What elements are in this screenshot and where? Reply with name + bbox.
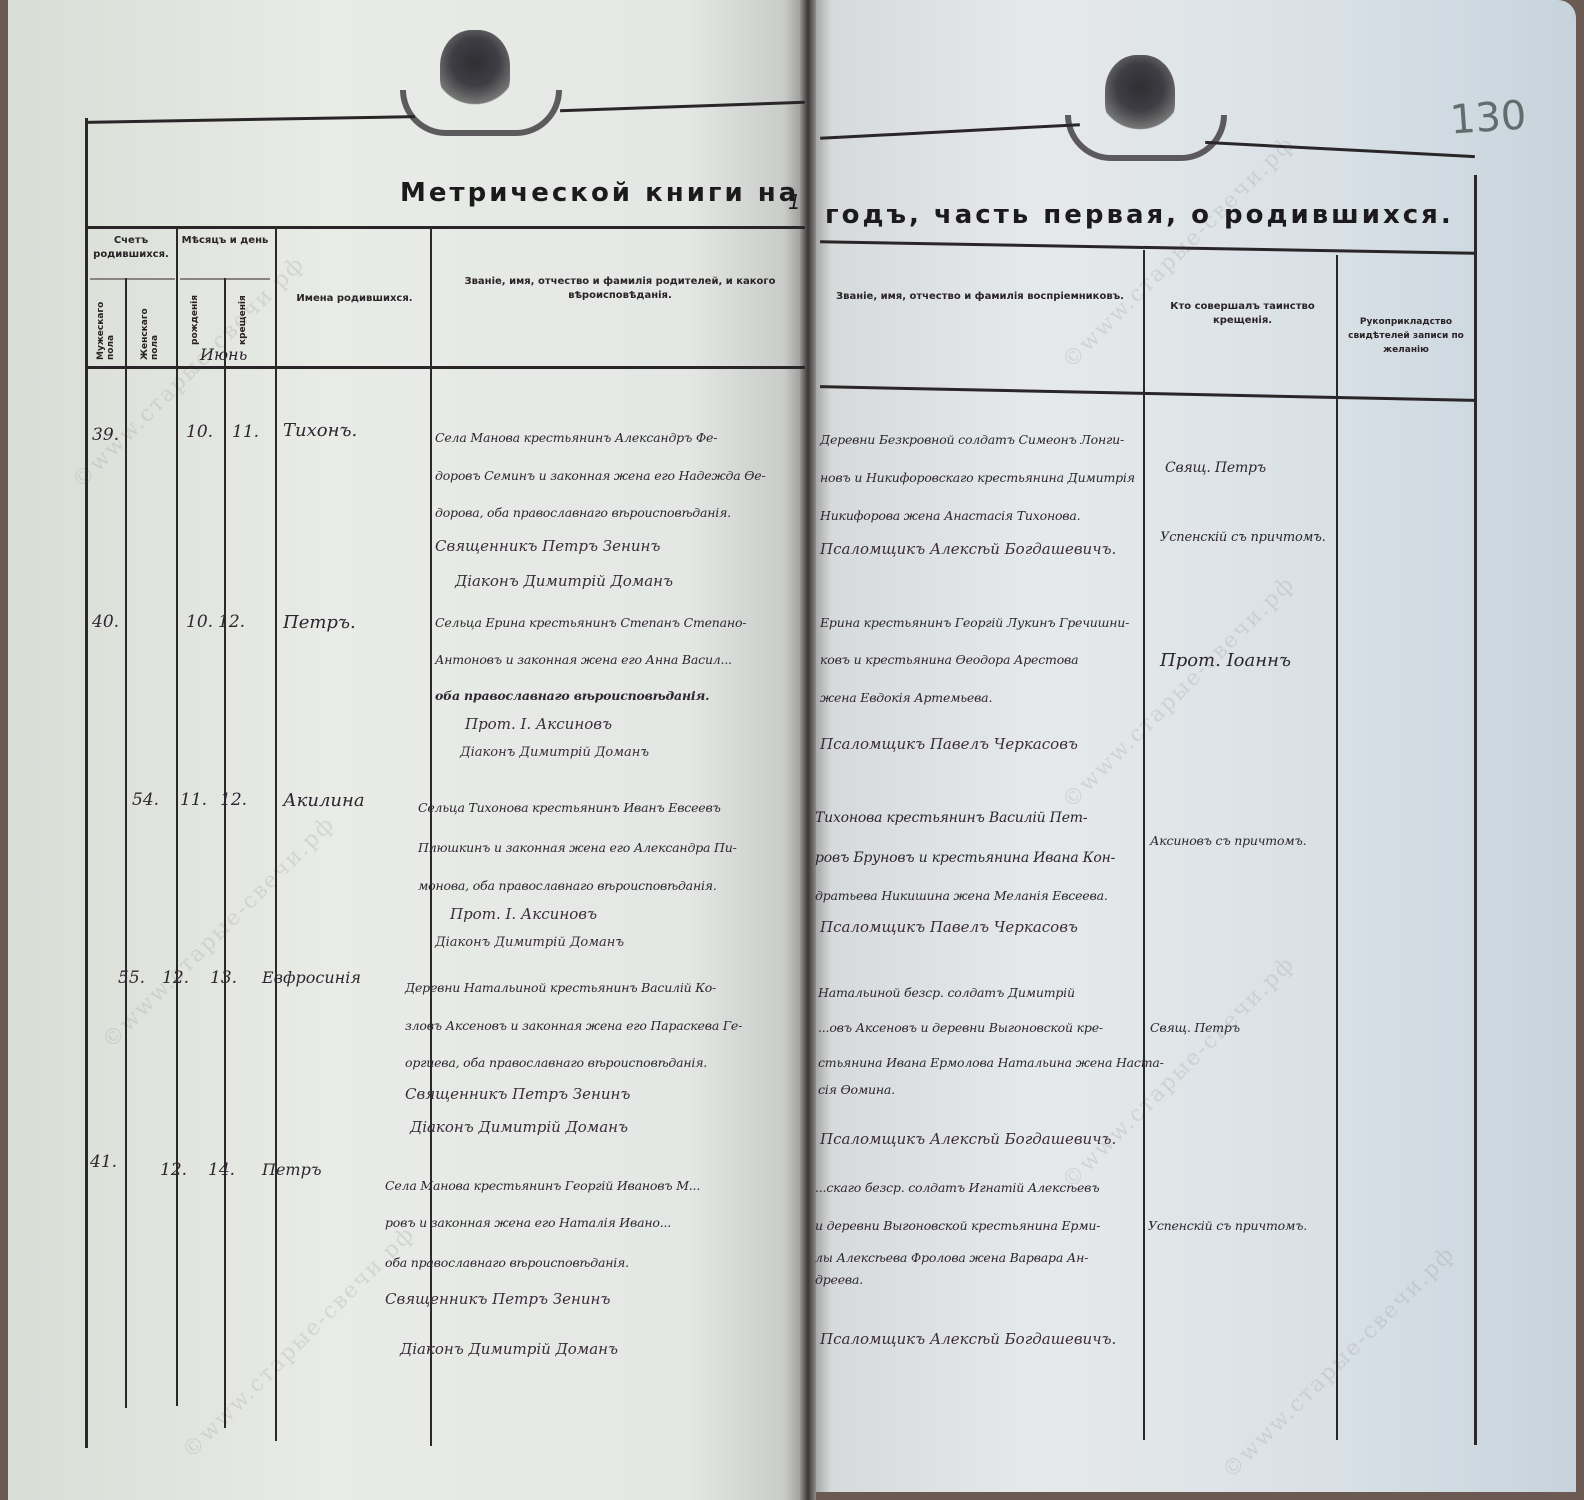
psalmist-signature: Псаломщикъ Алексѣй Богдашевичъ. xyxy=(820,1330,1116,1348)
officiant: Успенскій съ причтомъ. xyxy=(1148,1218,1307,1233)
godparents-line: Натальиной безср. солдатъ Димитрій xyxy=(818,985,1075,1000)
male-number: 40. xyxy=(92,612,119,632)
parents-line: зловъ Аксеновъ и законная жена его Парас… xyxy=(405,1018,742,1033)
header-birth: рожденія xyxy=(190,290,200,345)
imperial-eagle-emblem-icon xyxy=(1065,45,1215,165)
godparents-line: сія Ѳомина. xyxy=(818,1082,895,1097)
child-name: Евфросинія xyxy=(262,968,361,987)
parents-line: монова, оба православнаго вѣроисповѣдані… xyxy=(418,878,717,893)
female-number: 55. xyxy=(118,968,145,988)
child-name: Петръ xyxy=(262,1160,322,1179)
child-name: Акилина xyxy=(283,790,365,811)
left-page xyxy=(8,0,808,1500)
clergy-signature: Прот. І. Аксиновъ xyxy=(450,905,597,923)
parents-line: оба православнаго вѣроисповѣданія. xyxy=(435,688,709,703)
book-title-right: годъ, часть первая, о родившихся. xyxy=(825,200,1454,230)
godparents-line: и деревни Выгоновской крестьянина Ерми- xyxy=(815,1218,1100,1233)
header-parents: Званіе, имя, отчество и фамилія родителе… xyxy=(440,275,800,303)
header-count-female: Женскаго пола xyxy=(140,290,160,360)
open-register-book: ©www.старые-свечи.рф ©www.старые-свечи.р… xyxy=(0,0,1584,1500)
parents-line: Сельца Тихонова крестьянинъ Иванъ Евсеев… xyxy=(418,800,721,815)
clergy-signature: Священникъ Петръ Зенинъ xyxy=(385,1290,610,1308)
officiant: Успенскій съ причтомъ. xyxy=(1160,530,1326,545)
male-number: 39. xyxy=(92,425,119,445)
parents-line: Деревни Натальиной крестьянинъ Василій К… xyxy=(405,980,716,995)
parents-line: Села Манова крестьянинъ Георгій Ивановъ … xyxy=(385,1178,700,1193)
clergy-signature: Діаконъ Димитрій Доманъ xyxy=(400,1340,618,1358)
clergy-signature: Священникъ Петръ Зенинъ xyxy=(405,1085,630,1103)
parents-line: Антоновъ и законная жена его Анна Васил.… xyxy=(435,652,732,667)
clergy-signature: Діаконъ Димитрій Доманъ xyxy=(460,745,649,760)
title-year-fragment: 1 xyxy=(788,190,804,214)
officiant: Свящ. Петръ xyxy=(1150,1020,1240,1035)
clergy-signature: Священникъ Петръ Зенинъ xyxy=(435,537,660,555)
parents-line: оргиева, оба православнаго вѣроисповѣдан… xyxy=(405,1055,707,1070)
godparents-line: Никифорова жена Анастасія Тихонова. xyxy=(820,508,1080,523)
godparents-line: ...овъ Аксеновъ и деревни Выгоновской кр… xyxy=(818,1020,1103,1035)
book-binding xyxy=(800,0,816,1500)
psalmist-signature: Псаломщикъ Павелъ Черкасовъ xyxy=(820,918,1078,936)
psalmist-signature: Псаломщикъ Алексѣй Богдашевичъ. xyxy=(820,1130,1116,1148)
godparents-line: Ерина крестьянинъ Георгій Лукинъ Гречишн… xyxy=(820,615,1129,630)
godparents-line: лы Алексѣева Фролова жена Варвара Ан- xyxy=(815,1250,1088,1265)
godparents-line: ровъ Бруновъ и крестьянина Ивана Кон- xyxy=(815,850,1115,866)
clergy-signature: Прот. І. Аксиновъ xyxy=(465,715,612,733)
female-number: 54. xyxy=(132,790,159,810)
baptism-day: 12. xyxy=(220,790,247,810)
header-count: Счетъ родившихся. xyxy=(90,234,172,262)
header-names: Имена родившихся. xyxy=(282,292,427,306)
parents-line: Плюшкинъ и законная жена его Александра … xyxy=(418,840,737,855)
parents-line: доровъ Семинъ и законная жена его Надежд… xyxy=(435,468,766,483)
psalmist-signature: Псаломщикъ Алексѣй Богдашевичъ. xyxy=(820,540,1116,558)
clergy-signature: Діаконъ Димитрій Доманъ xyxy=(455,572,673,590)
page-number: 130 xyxy=(1448,92,1527,143)
godparents-line: Тихонова крестьянинъ Василій Пет- xyxy=(815,810,1087,826)
godparents-line: жена Евдокія Артемьева. xyxy=(820,690,992,705)
clergy-signature: Діаконъ Димитрій Доманъ xyxy=(410,1118,628,1136)
godparents-line: дратьева Никишина жена Меланія Евсеева. xyxy=(815,888,1108,903)
birth-day: 12. xyxy=(160,1160,187,1180)
birth-day: 12. xyxy=(162,968,189,988)
child-name: Петръ. xyxy=(283,612,356,633)
clergy-signature: Діаконъ Димитрій Доманъ xyxy=(435,935,624,950)
godparents-line: новъ и Никифоровскаго крестьянина Димитр… xyxy=(820,470,1135,485)
godparents-line: ...скаго безср. солдатъ Игнатій Алексѣев… xyxy=(815,1180,1099,1195)
book-title-left: Метрической книги на xyxy=(400,178,799,208)
birth-day: 10. xyxy=(186,612,213,632)
birth-day: 11. xyxy=(180,790,207,810)
godparents-line: Деревни Безкровной солдатъ Симеонъ Лонги… xyxy=(820,432,1124,447)
godparents-line: стьянина Ивана Ермолова Натальина жена Н… xyxy=(818,1055,1164,1070)
godparents-line: дреева. xyxy=(815,1272,863,1287)
baptism-day: 14. xyxy=(208,1160,235,1180)
baptism-day: 12. xyxy=(218,612,245,632)
header-officiant: Кто совершалъ таинство крещенія. xyxy=(1155,300,1330,328)
parents-line: дорова, оба православнаго вѣроисповѣдані… xyxy=(435,505,731,520)
parents-line: Сельца Ерина крестьянинъ Степанъ Степано… xyxy=(435,615,746,630)
male-number: 41. xyxy=(90,1152,117,1172)
godparents-line: ковъ и крестьянина Ѳеодора Арестова xyxy=(820,652,1078,667)
officiant: Свящ. Петръ xyxy=(1165,460,1266,476)
header-count-male: Мужескаго пола xyxy=(96,290,116,360)
parents-line: ровъ и законная жена его Наталія Ивано..… xyxy=(385,1215,671,1230)
psalmist-signature: Псаломщикъ Павелъ Черкасовъ xyxy=(820,735,1078,753)
baptism-day: 13. xyxy=(210,968,237,988)
parents-line: оба православнаго вѣроисповѣданія. xyxy=(385,1255,629,1270)
parents-line: Села Манова крестьянинъ Александръ Фе- xyxy=(435,430,717,445)
birth-day: 10. xyxy=(186,422,213,442)
officiant: Аксиновъ съ причтомъ. xyxy=(1150,833,1306,848)
header-signature: Рукоприкладство свидѣтелей записи по жел… xyxy=(1342,315,1470,357)
month-note: Июнь xyxy=(200,345,247,364)
baptism-day: 11. xyxy=(232,422,259,442)
child-name: Тихонъ. xyxy=(283,420,357,441)
officiant: Прот. Іоаннъ xyxy=(1160,650,1291,671)
header-baptism: крещенія xyxy=(238,290,248,345)
header-month-day: Мѣсяцъ и день xyxy=(180,234,270,248)
header-godparents: Званіе, имя, отчество и фамилія воспріем… xyxy=(830,290,1130,304)
imperial-eagle-emblem-icon xyxy=(400,20,550,140)
